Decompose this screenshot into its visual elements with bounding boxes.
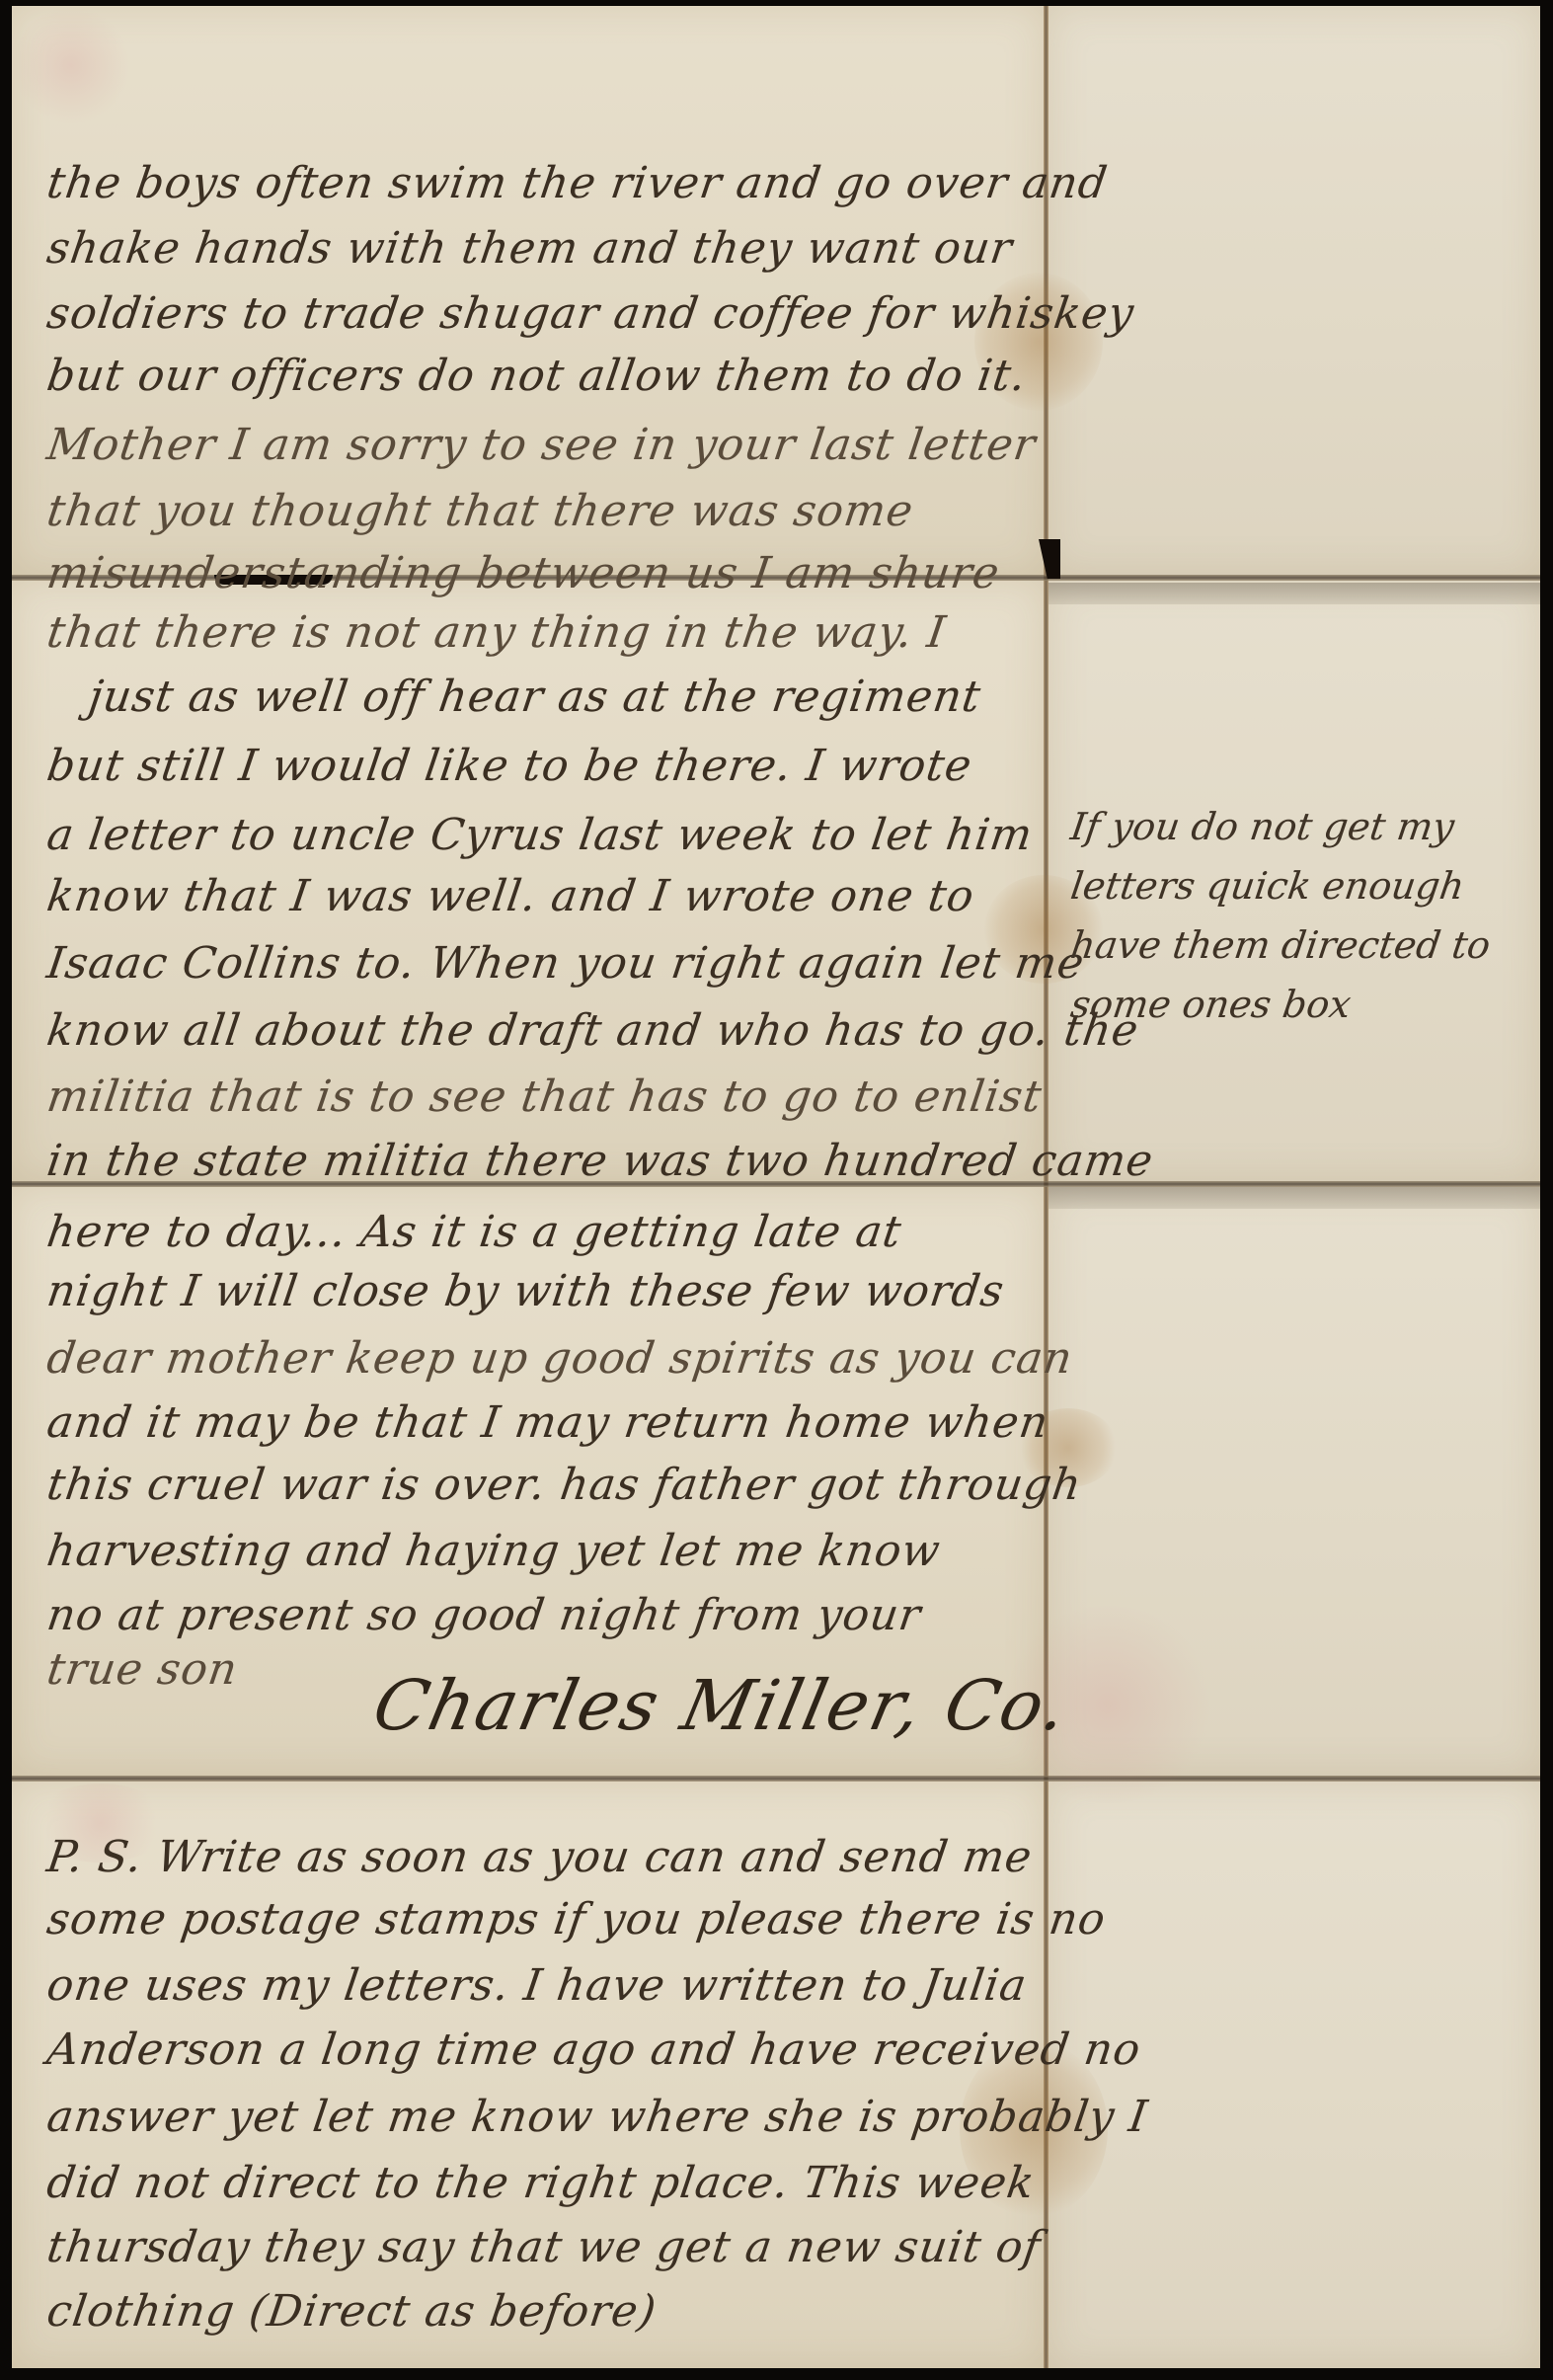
letter-line: here to day... As it is a getting late a… (43, 1207, 904, 1257)
letter-line: but still I would like to be there. I wr… (43, 741, 974, 791)
side-note-line: letters quick enough (1068, 864, 1467, 908)
signature: Charles Miller, Co. (366, 1665, 1076, 1746)
letter-line: that you thought that there was some (43, 486, 916, 536)
horizontal-fold-line-3 (12, 1776, 1540, 1782)
panel-bottom-right (1048, 1782, 1540, 2368)
letter-line: this cruel war is over. has father got t… (43, 1460, 1084, 1510)
postscript-line: answer yet let me know where she is prob… (43, 2092, 1151, 2142)
postscript-line: some postage stamps if you please there … (43, 1894, 1109, 1944)
letter-line: in the state militia there was two hundr… (43, 1136, 1156, 1186)
postscript-line: Anderson a long time ago and have receiv… (43, 2024, 1143, 2075)
letter-line: a letter to uncle Cyrus last week to let… (43, 810, 1036, 860)
letter-line: shake hands with them and they want our (43, 223, 1016, 274)
letter-line: night I will close by with these few wor… (43, 1266, 1007, 1316)
letter-line: misunderstanding between us I am shure (43, 548, 1003, 598)
letter-line: know that I was well. and I wrote one to (43, 871, 977, 921)
letter-line: no at present so good night from your (43, 1590, 924, 1640)
letter-line: Mother I am sorry to see in your last le… (43, 420, 1039, 470)
side-note-line: have them directed to (1068, 923, 1493, 967)
letter-line: that there is not any thing in the way. … (43, 607, 949, 658)
postscript-line: clothing (Direct as before) (43, 2286, 660, 2337)
letter-line: and it may be that I may return home whe… (43, 1397, 1051, 1448)
side-note-line: some ones box (1068, 983, 1354, 1026)
letter-line: Isaac Collins to. When you right again l… (43, 938, 1087, 989)
letter-line: know all about the draft and who has to … (43, 1005, 1141, 1056)
crease-shadow-1 (1048, 583, 1540, 604)
letter-line: the boys often swim the river and go ove… (43, 158, 1111, 208)
letter-line: but our officers do not allow them to do… (43, 351, 1030, 401)
letter-line: harvesting and haying yet let me know (43, 1526, 943, 1576)
letter-line: true son (43, 1644, 241, 1695)
postscript-line: did not direct to the right place. This … (43, 2158, 1038, 2208)
crease-shadow-2 (1048, 1187, 1540, 1209)
letter-line: just as well off hear as at the regiment (85, 672, 984, 722)
postscript-line: P. S. Write as soon as you can and send … (43, 1832, 1035, 1882)
letter-line: soldiers to trade shugar and coffee for … (43, 288, 1137, 339)
side-note-line: If you do not get my (1068, 805, 1457, 848)
letter-line: militia that is to see that has to go to… (43, 1071, 1045, 1122)
letter-line: dear mother keep up good spirits as you … (43, 1333, 1075, 1384)
discoloration (12, 6, 130, 124)
postscript-line: thursday they say that we get a new suit… (43, 2222, 1044, 2272)
postscript-line: one uses my letters. I have written to J… (43, 1960, 1030, 2011)
